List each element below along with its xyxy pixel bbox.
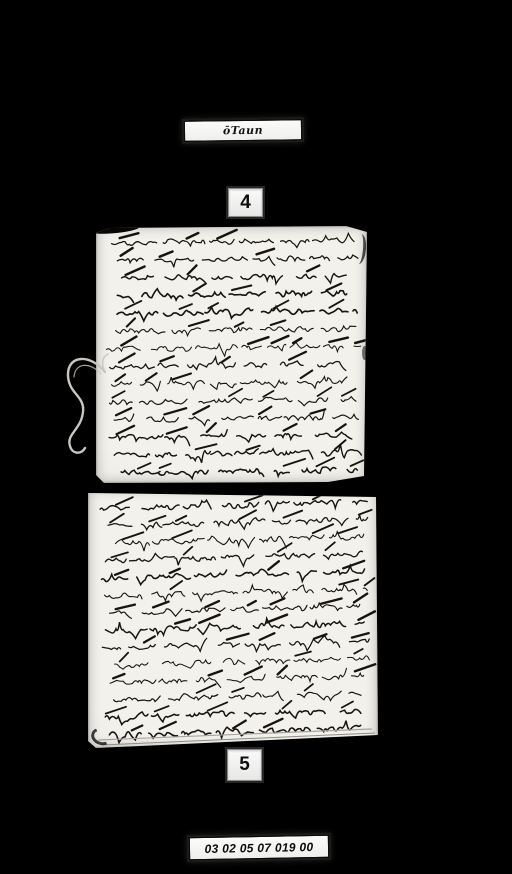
handwriting-page-4 xyxy=(96,226,367,483)
binding-cord xyxy=(57,344,109,462)
manuscript-page-4 xyxy=(96,226,367,483)
collection-label-text: ōTaun xyxy=(223,124,263,138)
page-number-4-label: 4 xyxy=(228,188,263,217)
handwriting-page-5 xyxy=(88,489,378,748)
page-number-4-text: 4 xyxy=(240,192,251,214)
page-number-5-label: 5 xyxy=(227,749,262,781)
manuscript-page-5 xyxy=(88,489,378,748)
shelfmark-label: 03 02 05 07 019 00 xyxy=(189,835,329,860)
page-number-5-text: 5 xyxy=(239,754,250,776)
photograph-background: ōTaun 4 5 03 02 05 07 019 00 xyxy=(0,0,512,874)
shelfmark-text: 03 02 05 07 019 00 xyxy=(204,840,313,856)
collection-label: ōTaun xyxy=(184,119,302,142)
